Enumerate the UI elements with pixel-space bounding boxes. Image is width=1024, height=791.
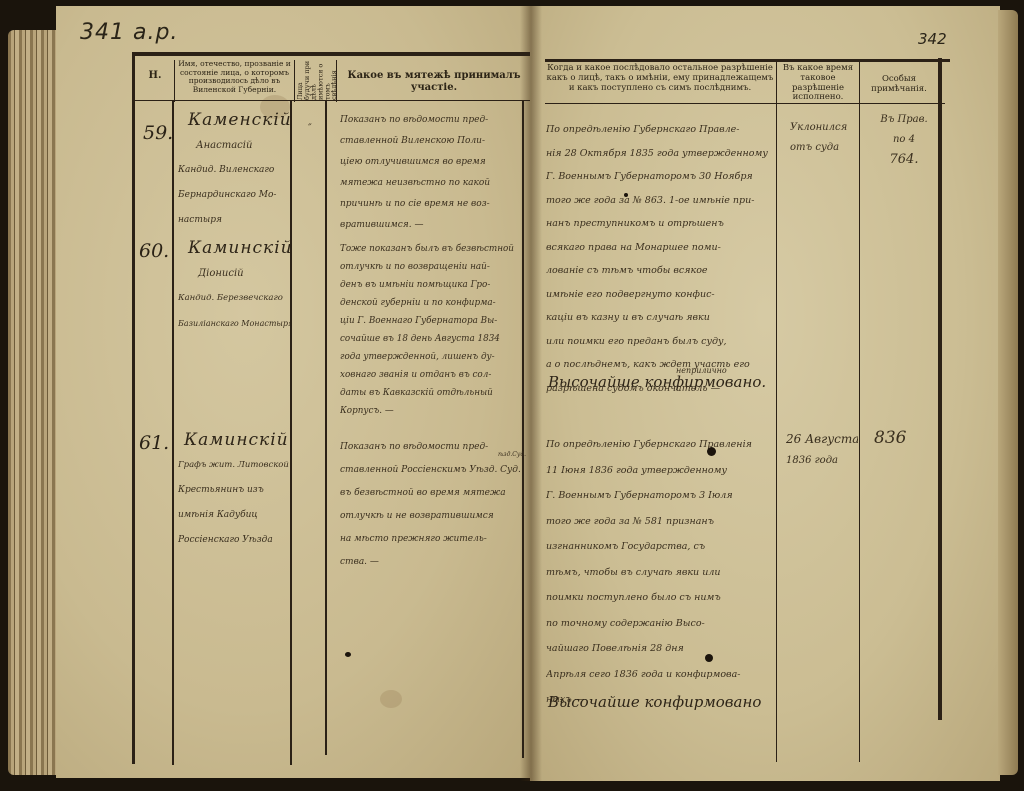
folio-number-left: 341 а.р. [80,20,178,45]
entry-name-line: Кандид. Березвечскаго [178,286,290,311]
header-bottom-rule-left [134,100,530,101]
resolution-line: или поимки его преданъ былъ суду, [546,330,774,354]
participation-line: причинѣ и по сіе время не воз- [340,194,522,215]
resolution-line: чайшаго Повелѣнія 28 дня [546,636,774,662]
participation-line: въ безвѣстной во время мятежа [340,482,522,505]
entry-executed: Уклонился отъ суда [790,118,858,158]
resolution-line: лованіе съ тѣмъ чтобы всякое [546,259,774,283]
participation-line: денъ въ имѣніи помѣщика Гро- [340,276,522,294]
left-border-rule [132,52,135,764]
resolution-line: того же года за № 581 признанъ [546,509,774,535]
header-property: Лица будучи при дѣлѣ имѣются о томъ свѣд… [297,60,333,100]
participation-line: даты въ Кавказскій отдѣльный [340,384,522,402]
right-border-rule [938,58,942,720]
entry-name-line: имѣнія Кадубиц [178,503,290,528]
resolution-line: Г. Военнымъ Губернаторомъ 30 Ноября [546,165,774,189]
entry-name-block: Каменскій Анастасій Кандид. Виленскаго Б… [178,108,290,233]
participation-line: сочайше въ 18 день Августа 1834 [340,330,522,348]
resolution-confirmation: Высочайше конфирмовано [548,690,761,715]
binding-hole [705,654,713,662]
entry-participation: Тоже показанъ былъ въ безвѣстной отлучкѣ… [340,240,522,420]
entry-number: 60. [139,240,169,262]
participation-line: года утвержденной, лишенъ ду- [340,348,522,366]
participation-line: ціи Г. Военнаго Губернатора Вы- [340,312,522,330]
entry-name-line: Базиліанскаго Монастыря [178,311,290,336]
ink-mark [345,652,351,657]
entry-participation: Показанъ по вѣдомости пред- ставленной В… [340,110,522,236]
entry-resolution: По опредѣленію Губернскаго Правленія 11 … [546,432,774,713]
header-top-rule-left [134,52,530,56]
participation-line: Корпусъ. — [340,402,522,420]
resolution-line: 11 Іюня 1836 года утвержденному [546,458,774,484]
entry-surname: Каминскій [178,428,290,453]
entry-name-line: настыря [178,208,290,233]
binding-hole [707,447,716,456]
paper-stain [380,690,402,708]
participation-line: мятежа неизвѣстно по какой [340,173,522,194]
header-name: Имя, отечество, прозваніе и состояніе ли… [177,60,292,95]
entry-number: 59. [143,122,173,144]
notes-line: 764. [872,150,936,170]
participation-line: ставленной Россіенскимъ Уѣзд. Суд. [340,459,522,482]
resolution-line: тѣмъ, чтобы въ случаѣ явки или [546,560,774,586]
participation-line: Показанъ по вѣдомости пред- [340,110,522,131]
resolution-line: всякаго права на Монаршее поми- [546,236,774,260]
column-divider [294,60,295,102]
column-divider [325,100,327,755]
book-page-edges-right [998,10,1018,775]
header-participation: Какое въ мятежѣ принималъ участіе. [340,70,528,93]
column-divider [174,60,175,102]
entry-resolution: По опредѣленію Губернскаго Правле- нія 2… [546,118,774,400]
entry-name-line: Россіенскаго Уѣзда [178,528,290,553]
resolution-line: имѣніе его подвергнуто конфис- [546,283,774,307]
column-divider [859,62,860,762]
resolution-line: По опредѣленію Губернскаго Правле- [546,118,774,142]
column-divider [290,100,292,765]
entry-name-line: Крестьянинъ изъ [178,478,290,503]
header-notes: Особыя примѣчанія. [861,75,937,95]
resolution-line: каціи въ казну и въ случаѣ явки [546,306,774,330]
entry-name-block: Каминскій Діонисій Кандид. Березвечскаго… [178,236,290,336]
participation-line: ставленной Виленскою Поли- [340,131,522,152]
entry-name-line: Діонисій [178,261,290,286]
executed-line: Уклонился [790,118,858,138]
participation-line: отлучкѣ и по возвращеніи най- [340,258,522,276]
entry-surname: Каменскій [178,108,290,133]
entry-name-line: Бернардинскаго Мо- [178,183,290,208]
executed-line: 1836 года [786,450,858,472]
resolution-line: того же года за № 863. 1-ое имѣніе при- [546,189,774,213]
participation-superscript: ѣзд.Суд. [498,451,526,458]
executed-line: отъ суда [790,138,858,158]
entry-surname: Каминскій [178,236,290,261]
entry-participation: Показанъ по вѣдомости пред- ставленной Р… [340,436,522,574]
participation-line: Тоже показанъ былъ въ безвѣстной [340,240,522,258]
participation-line: денской губерніи и по конфирма- [340,294,522,312]
resolution-line: По опредѣленію Губернскаго Правленія [546,432,774,458]
folio-number-right: 342 [918,30,947,48]
entry-name-line: Графъ жит. Литовской [178,453,290,478]
resolution-confirmation: Высочайше конфирмовано. [548,370,766,395]
participation-line: ховнаго званія и отданъ въ сол- [340,366,522,384]
resolution-line: изгнанникомъ Государства, съ [546,534,774,560]
resolution-line: Апрѣля сего 1836 года и конфирмова- [546,662,774,688]
resolution-line: поимки поступлено было съ нимъ [546,585,774,611]
resolution-line: по точному содержанію Высо- [546,611,774,637]
header-number: Н. [138,70,172,82]
entry-property-mark: ″ [308,116,312,141]
participation-line: вратившимся. — [340,215,522,236]
entry-executed: 26 Августа 1836 года [786,428,858,472]
header-top-rule-right [545,59,950,62]
ink-dot [624,193,628,197]
participation-line: Показанъ по вѣдомости пред- [340,436,522,459]
notes-line: 836 [874,426,934,451]
entry-notes: 836 [874,426,934,451]
notes-line: Въ Прав. [872,110,936,130]
header-bottom-rule-right [545,103,945,104]
executed-line: 26 Августа [786,428,858,450]
column-divider [776,62,777,762]
resolution-line: нанъ преступникомъ и отрѣшенъ [546,212,774,236]
resolution-line: Г. Военнымъ Губернаторомъ 3 Іюля [546,483,774,509]
participation-line: цiею отлучившимся во время [340,152,522,173]
header-executed: Въ какое время таковое разрѣшеніе исполн… [778,64,858,103]
resolution-line: нія 28 Октября 1835 года утвержденному [546,142,774,166]
book-page-edges-left [8,30,60,775]
entry-name-line: Кандид. Виленскаго [178,158,290,183]
notes-line: по 4 [872,130,936,150]
entry-number: 61. [139,432,169,454]
entry-notes: Въ Прав. по 4 764. [872,110,936,170]
participation-line: отлучкѣ и не возвратившимся [340,505,522,528]
entry-name-block: Каминскій Графъ жит. Литовской Крестьяни… [178,428,290,553]
participation-line: на мѣсто прежняго житель- [340,528,522,551]
column-divider [172,100,174,765]
participation-line: ства. — [340,551,522,574]
open-ledger-book: 341 а.р. 342 Н. Имя, отечество, прозвані… [0,0,1024,791]
column-divider [522,100,524,758]
header-resolution: Когда и какое послѣдовало остальное разр… [545,64,775,93]
entry-name-line: Анастасій [178,133,290,158]
